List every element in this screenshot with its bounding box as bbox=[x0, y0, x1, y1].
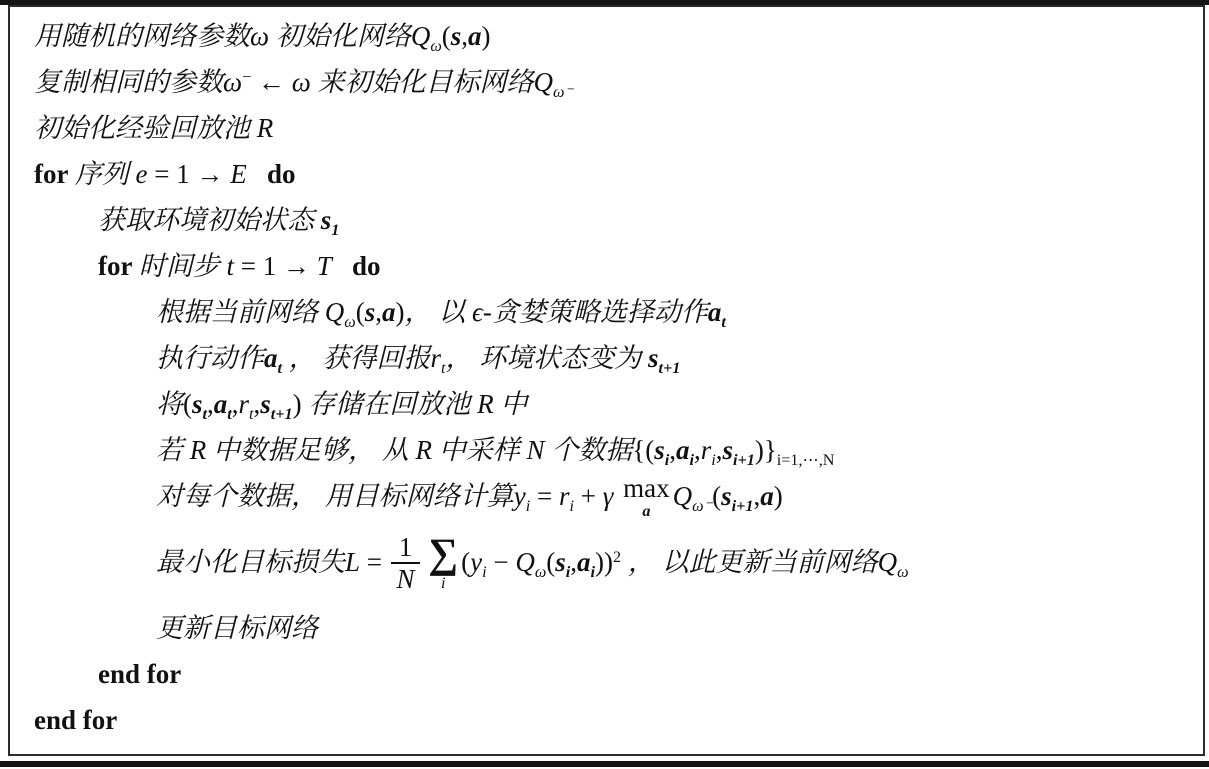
algo-segment: 更新目标网络 bbox=[156, 614, 318, 644]
algo-segment: , bbox=[461, 22, 468, 52]
algo-segment: )}i=1,⋯,N bbox=[755, 436, 835, 466]
algo-line: 复制相同的参数ω− ← ω 来初始化目标网络Qω⁻ bbox=[10, 60, 1203, 106]
algo-line: 初始化经验回放池 R bbox=[10, 106, 1203, 152]
algo-segment: , bbox=[207, 390, 214, 420]
algo-segment: si bbox=[555, 548, 570, 578]
algo-segment: do bbox=[267, 160, 296, 190]
algo-segment: R bbox=[416, 436, 433, 466]
algo-segment: ( bbox=[546, 548, 555, 578]
algo-segment: ( bbox=[442, 22, 451, 52]
algo-segment: 中 bbox=[494, 390, 528, 420]
algo-segment: ， 以 bbox=[404, 298, 472, 328]
algo-segment: si+1 bbox=[721, 482, 753, 512]
algo-segment: ， 环境状态变为 bbox=[446, 344, 649, 374]
algo-segment: s1 bbox=[321, 206, 340, 236]
algo-segment: Qω bbox=[878, 548, 909, 578]
algorithm-pseudocode: 用随机的网络参数ω 初始化网络Qω(s,a)复制相同的参数ω− ← ω 来初始化… bbox=[10, 14, 1203, 744]
algo-segment: s bbox=[365, 298, 376, 328]
algo-segment: 存储在回放池 bbox=[302, 390, 478, 420]
algo-segment: E bbox=[230, 160, 247, 190]
algo-segment: Qω bbox=[325, 298, 356, 328]
algo-segment: Qω bbox=[411, 22, 442, 52]
algo-segment: ( bbox=[183, 390, 192, 420]
algo-segment: a bbox=[468, 22, 482, 52]
algo-line: 若 R 中数据足够， 从 R 中采样 N 个数据{(si,ai,ri,si+1)… bbox=[10, 428, 1203, 474]
algo-segment: at bbox=[214, 390, 232, 420]
algo-segment: si+1 bbox=[723, 436, 755, 466]
algo-segment: , bbox=[570, 548, 577, 578]
algo-segment: at bbox=[708, 298, 726, 328]
algo-segment: ( bbox=[712, 482, 721, 512]
algo-line: 将(st,at,rt,st+1) 存储在回放池 R 中 bbox=[10, 382, 1203, 428]
algo-segment: ) bbox=[293, 390, 302, 420]
fraction: 1N bbox=[391, 533, 421, 594]
algo-segment: = 1 → bbox=[147, 160, 230, 190]
algo-segment: e bbox=[136, 160, 148, 190]
algo-segment: R bbox=[257, 114, 274, 144]
algo-segment: do bbox=[352, 252, 381, 282]
algo-segment: ， 以此更新当前网络 bbox=[621, 548, 878, 578]
algo-segment: 时间步 bbox=[139, 252, 227, 282]
algo-segment: end for bbox=[98, 660, 181, 690]
algo-segment: st+1 bbox=[648, 344, 680, 374]
algo-segment: + bbox=[574, 482, 603, 512]
algo-segment: R bbox=[190, 436, 207, 466]
algo-segment: , bbox=[753, 482, 760, 512]
algo-line: 根据当前网络 Qω(s,a)， 以 ϵ-贪婪策略选择动作at bbox=[10, 290, 1203, 336]
algo-segment: ) bbox=[774, 482, 783, 512]
algo-segment: 序列 bbox=[75, 160, 136, 190]
algo-segment: rt bbox=[431, 344, 446, 374]
algo-line: end for bbox=[10, 652, 1203, 698]
algo-segment: a bbox=[760, 482, 774, 512]
algo-segment: 最小化目标损失 bbox=[156, 548, 345, 578]
algo-segment: yi bbox=[470, 548, 486, 578]
algo-segment: for bbox=[98, 252, 139, 282]
algo-segment: R bbox=[477, 390, 494, 420]
algo-segment: Qω⁻ bbox=[534, 68, 573, 98]
algo-segment: {( bbox=[632, 436, 654, 466]
algo-segment: Qω⁻ bbox=[673, 482, 712, 512]
algo-segment: ϵ bbox=[472, 298, 483, 328]
algo-segment: 复制相同的参数 bbox=[34, 68, 223, 98]
algo-segment: st+1 bbox=[260, 390, 292, 420]
algo-segment: - bbox=[483, 298, 492, 328]
algo-segment: st bbox=[192, 390, 207, 420]
algo-segment: 贪婪策略选择动作 bbox=[492, 298, 708, 328]
algo-segment: ri bbox=[559, 482, 574, 512]
algo-segment: − bbox=[487, 548, 516, 578]
algo-segment: rt bbox=[239, 390, 254, 420]
algo-segment: ri bbox=[701, 436, 716, 466]
algo-line: 更新目标网络 bbox=[10, 606, 1203, 652]
algo-segment: 来初始化目标网络 bbox=[311, 68, 534, 98]
algo-segment: si bbox=[654, 436, 669, 466]
algo-segment: 初始化网络 bbox=[269, 22, 411, 52]
algo-segment: 用随机的网络参数 bbox=[34, 22, 250, 52]
algo-segment: 中数据足够， 从 bbox=[206, 436, 415, 466]
bottom-rule bbox=[0, 761, 1209, 767]
algo-line: 获取环境初始状态 s1 bbox=[10, 198, 1203, 244]
algo-segment: , bbox=[375, 298, 382, 328]
algo-segment: ai bbox=[577, 548, 595, 578]
algo-segment: ω bbox=[250, 22, 269, 52]
algo-segment: 个数据 bbox=[545, 436, 633, 466]
algo-line: 最小化目标损失L = 1N∑i(yi − Qω(si,ai))2 ， 以此更新当… bbox=[10, 520, 1203, 606]
algo-segment: 对每个数据， 用目标网络计算 bbox=[156, 482, 514, 512]
algo-segment bbox=[332, 252, 352, 282]
algo-segment: 初始化经验回放池 bbox=[34, 114, 257, 144]
algo-segment: Qω bbox=[515, 548, 546, 578]
algo-segment: = bbox=[360, 548, 389, 578]
algo-line: 对每个数据， 用目标网络计算yi = ri + γ maxaQω⁻(si+1,a… bbox=[10, 474, 1203, 520]
algo-segment: end for bbox=[34, 706, 117, 736]
algo-segment: 将 bbox=[156, 390, 183, 420]
algo-segment: , bbox=[232, 390, 239, 420]
algo-segment: for bbox=[34, 160, 75, 190]
algo-segment: , bbox=[716, 436, 723, 466]
algo-segment: γ bbox=[603, 482, 614, 512]
sum-operator: ∑i bbox=[428, 535, 458, 592]
algo-segment: ai bbox=[676, 436, 694, 466]
algo-segment: , bbox=[694, 436, 701, 466]
algo-segment: at bbox=[264, 344, 282, 374]
algo-segment: t bbox=[227, 252, 235, 282]
algo-segment: ) bbox=[395, 298, 404, 328]
algo-segment: 获取环境初始状态 bbox=[98, 206, 321, 236]
algo-line: end for bbox=[10, 698, 1203, 744]
algo-segment: , bbox=[669, 436, 676, 466]
algo-segment: ω bbox=[292, 68, 311, 98]
algo-segment: L bbox=[345, 548, 360, 578]
algo-segment: ) bbox=[482, 22, 491, 52]
algo-segment: T bbox=[317, 252, 332, 282]
max-operator: maxa bbox=[623, 475, 670, 519]
algo-segment: s bbox=[451, 22, 462, 52]
algo-line: for 序列 e = 1 → E do bbox=[10, 152, 1203, 198]
algo-segment: 若 bbox=[156, 436, 190, 466]
algo-segment: ( bbox=[461, 548, 470, 578]
algo-segment bbox=[613, 482, 620, 512]
algo-segment: 执行动作 bbox=[156, 344, 264, 374]
algo-segment: ))2 bbox=[595, 548, 621, 578]
algo-segment: ( bbox=[356, 298, 365, 328]
algo-segment: = 1 → bbox=[234, 252, 317, 282]
algo-segment: ， 获得回报 bbox=[282, 344, 431, 374]
algo-segment: a bbox=[382, 298, 396, 328]
algo-line: for 时间步 t = 1 → T do bbox=[10, 244, 1203, 290]
algo-segment: yi bbox=[514, 482, 530, 512]
algo-line: 用随机的网络参数ω 初始化网络Qω(s,a) bbox=[10, 14, 1203, 60]
algo-segment: = bbox=[530, 482, 559, 512]
algo-segment bbox=[247, 160, 267, 190]
algo-line: 执行动作at ， 获得回报rt， 环境状态变为 st+1 bbox=[10, 336, 1203, 382]
algo-segment: N bbox=[527, 436, 545, 466]
algo-segment: ω− bbox=[223, 68, 251, 98]
algo-segment: 中采样 bbox=[432, 436, 527, 466]
algo-segment: 根据当前网络 bbox=[156, 298, 325, 328]
algo-segment: ← bbox=[251, 68, 292, 98]
algorithm-box: 用随机的网络参数ω 初始化网络Qω(s,a)复制相同的参数ω− ← ω 来初始化… bbox=[8, 5, 1205, 756]
